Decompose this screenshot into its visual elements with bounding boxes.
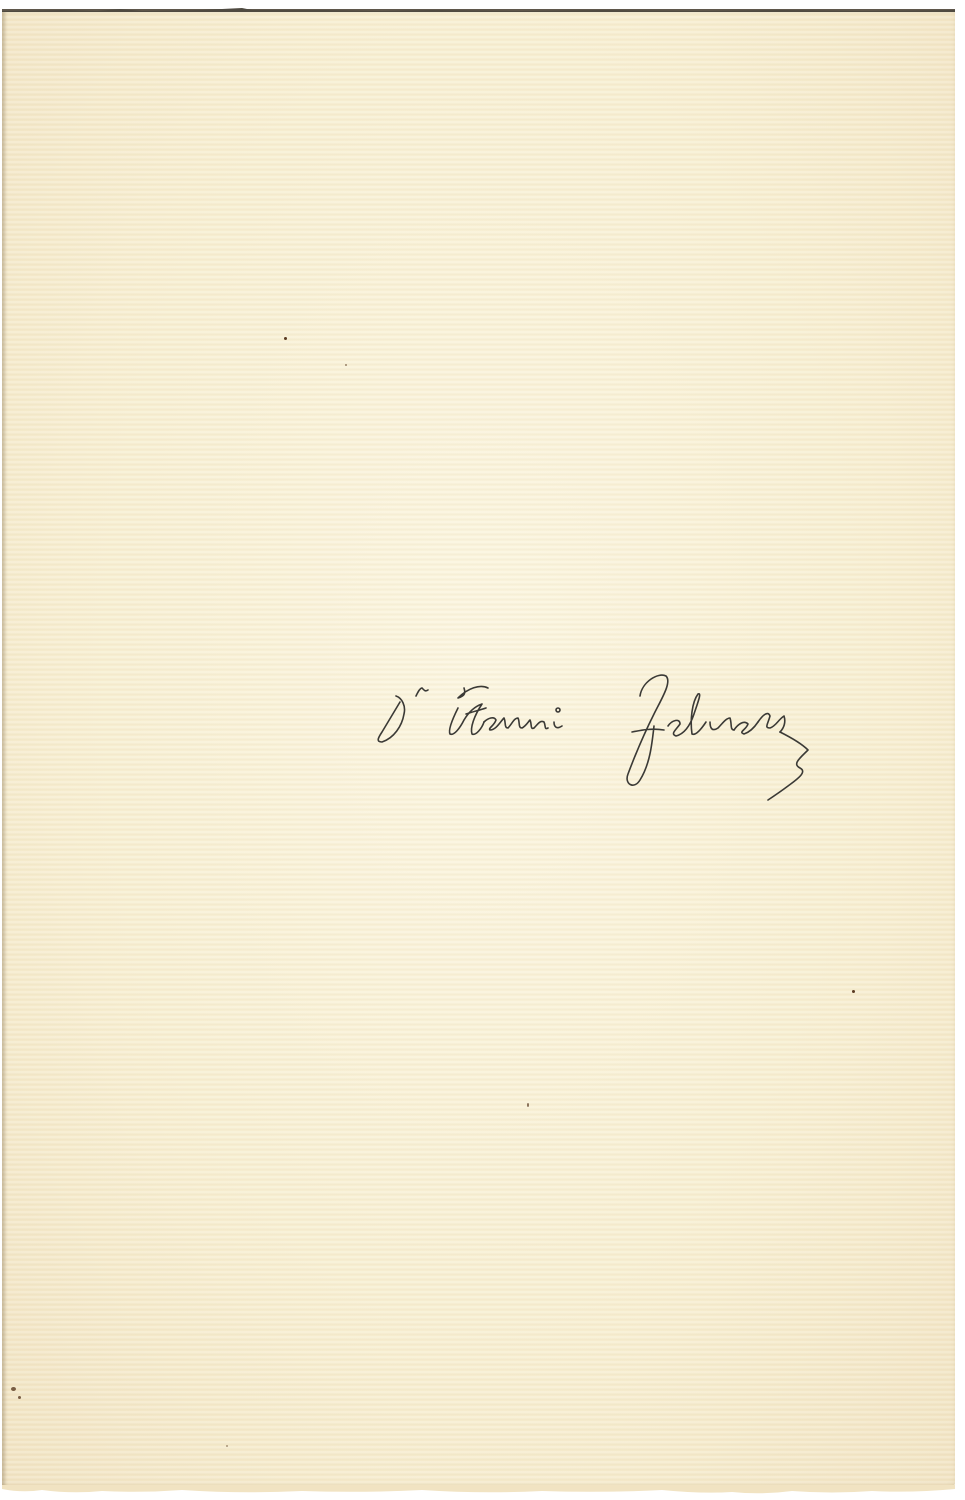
paper-speck [226, 1445, 228, 1447]
signature-strokes [372, 668, 892, 828]
paper-speck [18, 1396, 21, 1399]
paper-speck [527, 1103, 529, 1107]
deckle-edge-top [2, 8, 955, 12]
scanned-document: Dr Henri Jelinek [0, 0, 965, 1500]
paper-speck [345, 364, 347, 366]
handwritten-signature: Dr Henri Jelinek [372, 668, 892, 828]
paper-speck [11, 1387, 16, 1391]
deckle-edge-bottom [2, 1485, 955, 1495]
paper-speck [852, 990, 855, 993]
paper-speck [284, 337, 287, 340]
